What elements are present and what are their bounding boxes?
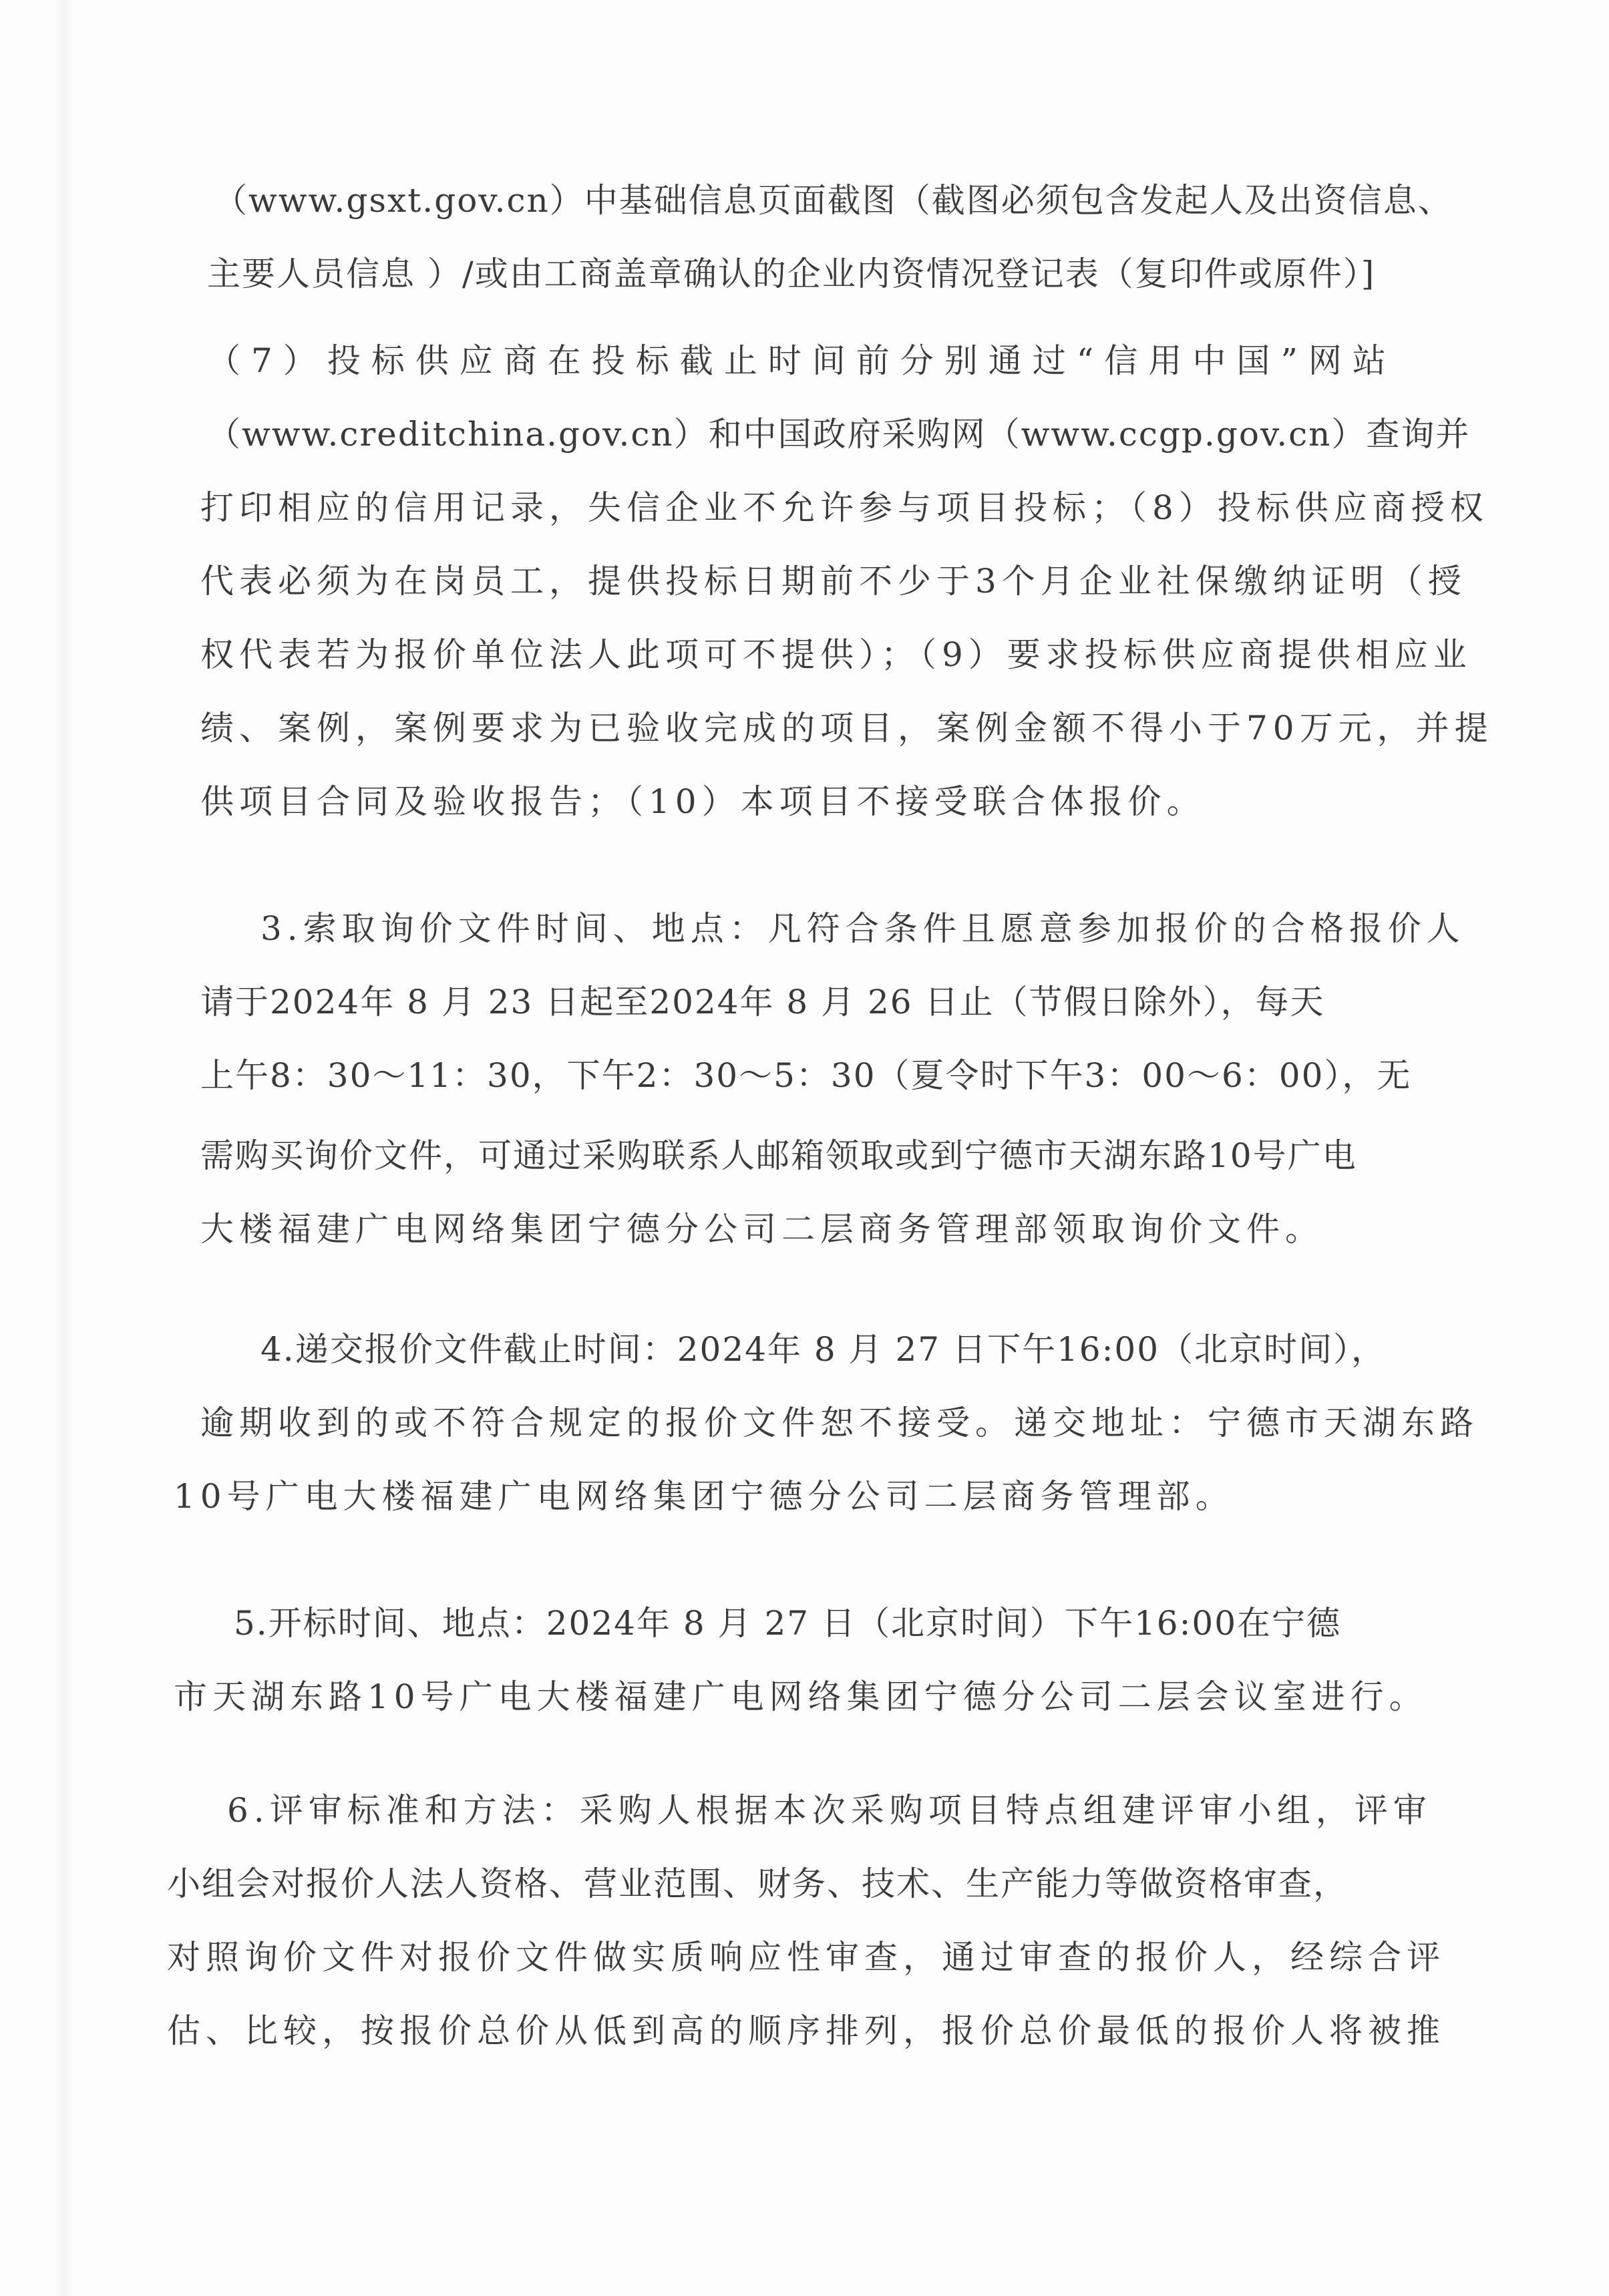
scan-edge-shadow bbox=[53, 0, 73, 2296]
text-line: （www.creditchina.gov.cn）和中国政府采购网（www.ccg… bbox=[207, 414, 1470, 454]
text-line: 小组会对报价人法人资格、营业范围、财务、技术、生产能力等做资格审查， bbox=[167, 1864, 1348, 1904]
text-line: 需购买询价文件，可通过采购联系人邮箱领取或到宁德市天湖东路10号广电 bbox=[200, 1136, 1357, 1176]
text-line: 大楼福建广电网络集团宁德分公司二层商务管理部领取询价文件。 bbox=[200, 1209, 1324, 1249]
text-line: 供项目合同及验收报告；（10）本项目不接受联合体报价。 bbox=[200, 782, 1206, 822]
text-line: 10号广电大楼福建广电网络集团宁德分公司二层商务管理部。 bbox=[174, 1476, 1234, 1516]
text-line: 权代表若为报价单位法人此项可不提供）；（9）要求投标供应商提供相应业 bbox=[200, 635, 1472, 675]
section-heading-3: 3.索取询价文件时间、地点：凡符合条件且愿意参加报价的合格报价人 bbox=[260, 909, 1465, 949]
text-line: 逾期收到的或不符合规定的报价文件恕不接受。递交地址：宁德市天湖东路 bbox=[200, 1403, 1479, 1443]
text-line: （www.gsxt.gov.cn）中基础信息页面截图（截图必须包含发起人及出资信… bbox=[214, 180, 1453, 220]
text-line: 估、比较，按报价总价从低到高的顺序排列，报价总价最低的报价人将被推 bbox=[167, 2011, 1445, 2051]
text-line: 打印相应的信用记录，失信企业不允许参与项目投标；（8）投标供应商授权 bbox=[200, 488, 1489, 528]
section-heading-4: 4.递交报价文件截止时间：2024年 8 月 27 日下午16:00（北京时间）… bbox=[260, 1329, 1386, 1369]
text-line: 对照询价文件对报价文件做实质响应性审查，通过审查的报价人，经综合评 bbox=[167, 1937, 1445, 1977]
text-line: （7）投标供应商在投标截止时间前分别通过“信用中国”网站 bbox=[207, 341, 1397, 381]
text-line: 代表必须为在岗员工，提供投标日期前不少于3个月企业社保缴纳证明（授 bbox=[200, 561, 1467, 601]
text-line: 上午8：30～11：30，下午2：30～5：30（夏令时下午3：00～6：00）… bbox=[200, 1055, 1411, 1096]
text-line: 绩、案例，案例要求为已验收完成的项目，案例金额不得小于70万元，并提 bbox=[200, 708, 1493, 748]
text-line: 主要人员信息 ）/或由工商盖章确认的企业内资情况登记表（复印件或原件）] bbox=[207, 254, 1375, 294]
section-heading-6: 6.评审标准和方法：采购人根据本次采购项目特点组建评审小组，评审 bbox=[227, 1790, 1432, 1830]
text-line: 市天湖东路10号广电大楼福建广电网络集团宁德分公司二层会议室进行。 bbox=[174, 1677, 1428, 1717]
text-line: 请于2024年 8 月 23 日起至2024年 8 月 26 日止（节假日除外）… bbox=[200, 982, 1325, 1022]
section-heading-5: 5.开标时间、地点：2024年 8 月 27 日（北京时间）下午16:00在宁德 bbox=[234, 1603, 1341, 1643]
